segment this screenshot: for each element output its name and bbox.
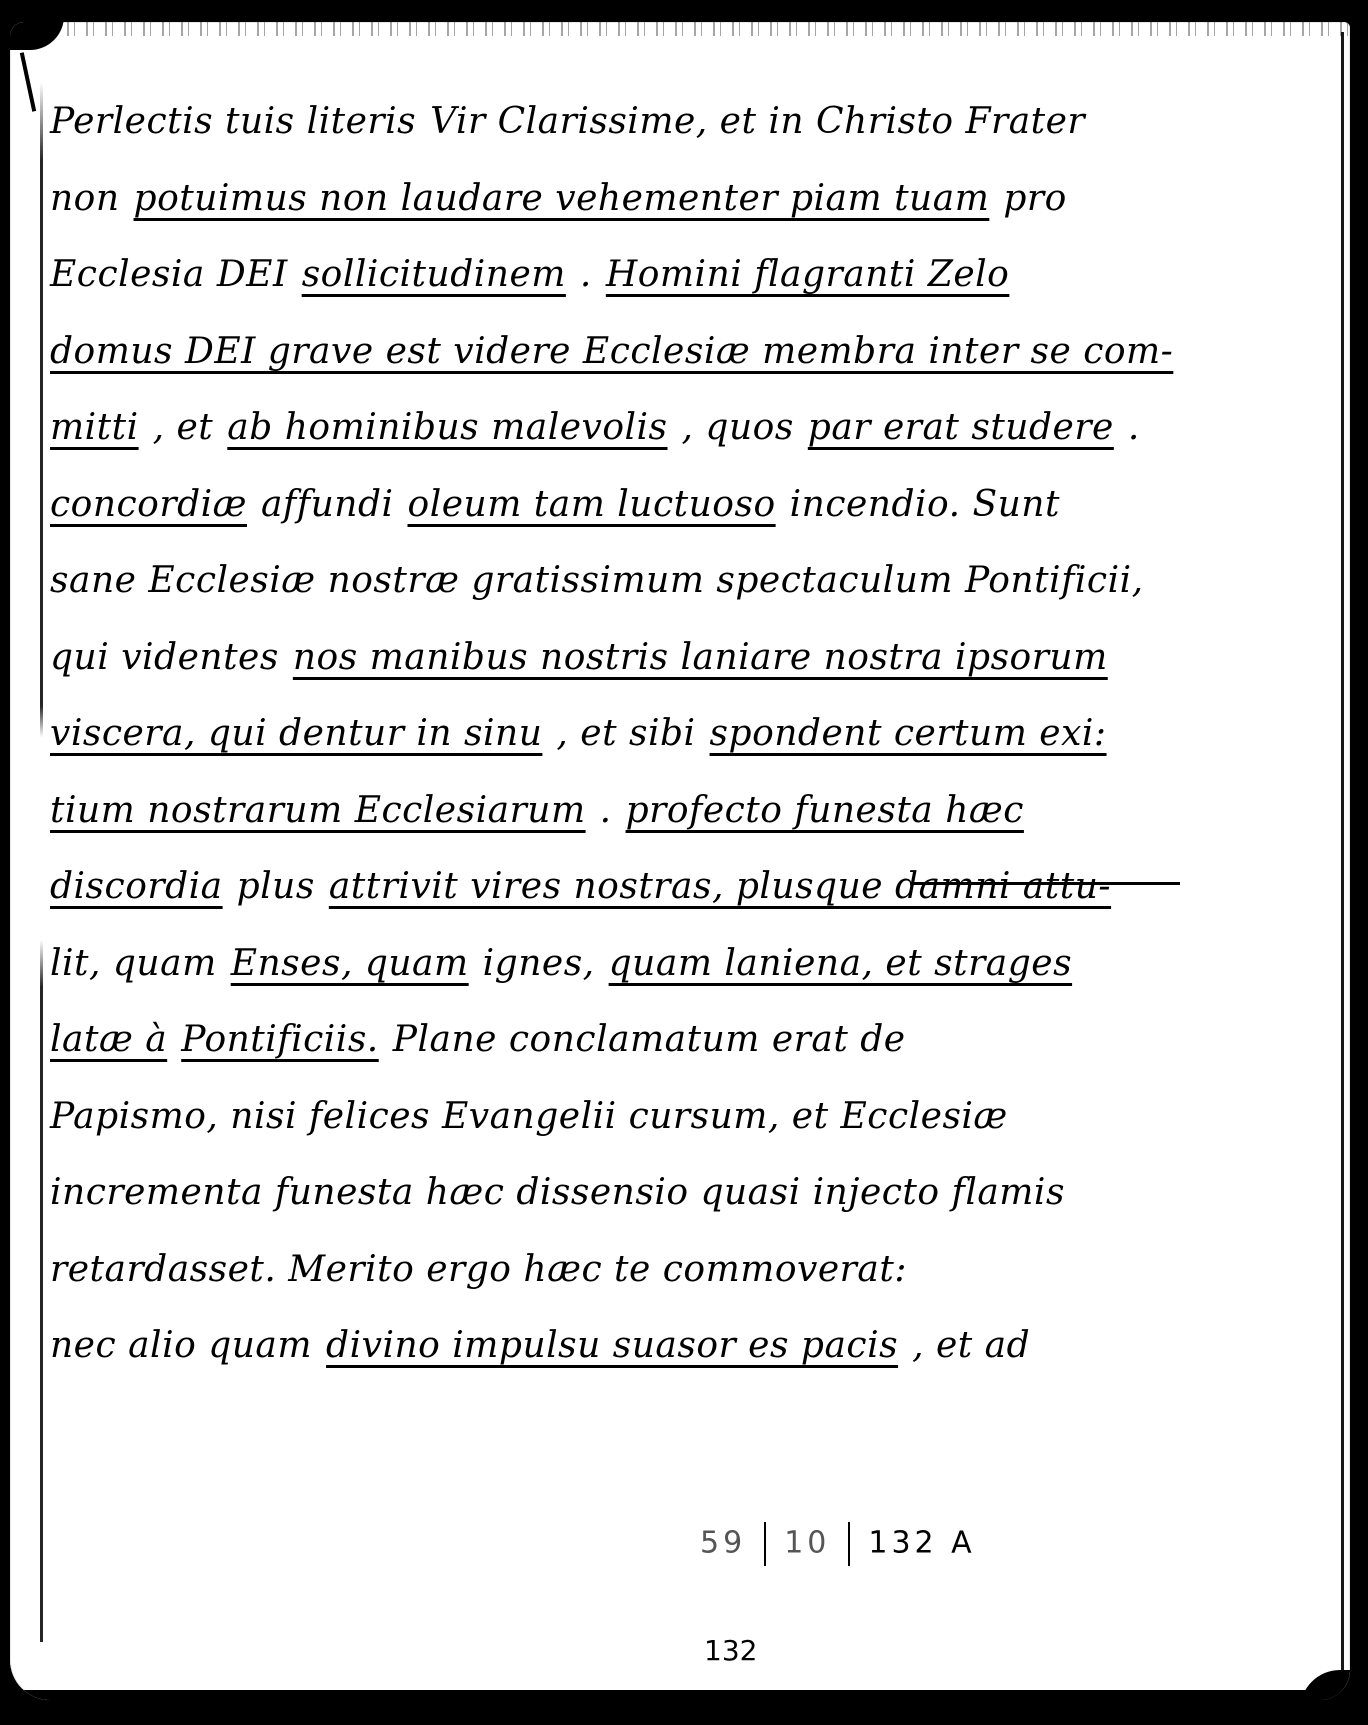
phrase: , quos xyxy=(682,407,794,448)
phrase: . xyxy=(580,254,592,295)
underlined-phrase: Homini flagranti Zelo xyxy=(606,254,1010,295)
underlined-phrase: spondent certum exi: xyxy=(710,713,1107,754)
underlined-phrase: divino impulsu suasor es pacis xyxy=(326,1325,898,1366)
extended-underline xyxy=(910,882,1180,885)
page-corner-top-left xyxy=(10,22,64,50)
page-corner-bottom-right xyxy=(1300,1670,1350,1700)
phrase: Vir Clarissime, et in Christo Frater xyxy=(430,101,1085,142)
manuscript-line: nec alio quamdivino impulsu suasor es pa… xyxy=(50,1308,1050,1385)
underlined-phrase: quam laniena, et strages xyxy=(609,943,1072,984)
phrase: retardasset. Merito ergo hæc te commover… xyxy=(50,1249,907,1290)
phrase: plus xyxy=(237,866,315,907)
manuscript-line: incrementa funesta hæc dissensio quasi i… xyxy=(50,1155,1050,1232)
manuscript-line: lit, quamEnses, quamignes,quam laniena, … xyxy=(50,926,1050,1003)
manuscript-line: mitti, etab hominibus malevolis, quospar… xyxy=(50,390,1050,467)
phrase: incendio. Sunt xyxy=(790,484,1060,525)
manuscript-line: Ecclesia DEIsollicitudinem.Homini flagra… xyxy=(50,237,1050,314)
phrase: ignes, xyxy=(483,943,595,984)
underlined-phrase: concordiæ xyxy=(50,484,247,525)
manuscript-line: sane Ecclesiæ nostræ gratissimum spectac… xyxy=(50,543,1050,620)
phrase: pro xyxy=(1003,178,1066,219)
underlined-phrase: potuimus non laudare vehementer piam tua… xyxy=(134,178,990,219)
underlined-phrase: latæ à xyxy=(50,1019,167,1060)
page-edge-bottom xyxy=(10,1690,1350,1700)
shelfmark-divider xyxy=(764,1522,766,1566)
manuscript-line: nonpotuimus non laudare vehementer piam … xyxy=(50,161,1050,238)
phrase: . xyxy=(1128,407,1140,448)
phrase: , et xyxy=(153,407,214,448)
page-edge-right xyxy=(1341,32,1344,1682)
underlined-phrase: discordia xyxy=(50,866,223,907)
manuscript-page: Perlectis tuis literisVir Clarissime, et… xyxy=(10,22,1350,1700)
page-binding-edge xyxy=(40,82,43,1642)
underlined-phrase: domus DEI grave est videre Ecclesiæ memb… xyxy=(50,331,1173,372)
manuscript-line: concordiæaffundioleum tam luctuosoincend… xyxy=(50,467,1050,544)
underlined-phrase: ab hominibus malevolis xyxy=(227,407,667,448)
manuscript-line: qui videntesnos manibus nostris laniare … xyxy=(50,620,1050,697)
phrase: incrementa funesta hæc dissensio quasi i… xyxy=(50,1172,1065,1213)
shelfmark-number: 10 xyxy=(784,1526,830,1561)
folio-number: 132 xyxy=(704,1634,757,1667)
underlined-phrase: Pontificiis. xyxy=(181,1019,379,1060)
letter-body: Perlectis tuis literisVir Clarissime, et… xyxy=(50,84,1050,1385)
underlined-phrase: sollicitudinem xyxy=(302,254,566,295)
manuscript-line: retardasset. Merito ergo hæc te commover… xyxy=(50,1232,1050,1309)
manuscript-line: tium nostrarum Ecclesiarum.profecto fune… xyxy=(50,773,1050,850)
shelfmark-folio: 132 A xyxy=(868,1526,975,1561)
manuscript-line: viscera, qui dentur in sinu, et sibispon… xyxy=(50,696,1050,773)
phrase: Plane conclamatum erat de xyxy=(393,1019,906,1060)
manuscript-line: Perlectis tuis literisVir Clarissime, et… xyxy=(50,84,1050,161)
phrase: Ecclesia DEI xyxy=(50,254,288,295)
phrase: . xyxy=(600,790,612,831)
underlined-phrase: oleum tam luctuoso xyxy=(408,484,776,525)
manuscript-line: Papismo, nisi felices Evangelii cursum, … xyxy=(50,1079,1050,1156)
underlined-phrase: profecto funesta hæc xyxy=(626,790,1024,831)
page-edge-top xyxy=(10,22,1350,36)
manuscript-line: latæ àPontificiis.Plane conclamatum erat… xyxy=(50,1002,1050,1079)
archive-shelfmark: 5910132 A xyxy=(700,1522,976,1566)
manuscript-line: discordiaplusattrivit vires nostras, plu… xyxy=(50,849,1050,926)
phrase: Perlectis tuis literis xyxy=(50,101,416,142)
phrase: , et ad xyxy=(912,1325,1030,1366)
phrase: qui videntes xyxy=(50,637,279,678)
phrase: , et sibi xyxy=(556,713,695,754)
phrase: affundi xyxy=(261,484,394,525)
underlined-phrase: tium nostrarum Ecclesiarum xyxy=(50,790,586,831)
underlined-phrase: viscera, qui dentur in sinu xyxy=(50,713,542,754)
shelfmark-volume: 59 xyxy=(700,1526,746,1561)
shelfmark-divider xyxy=(848,1522,850,1566)
margin-stroke xyxy=(20,52,36,112)
underlined-phrase: mitti xyxy=(50,407,139,448)
underlined-phrase: Enses, quam xyxy=(231,943,469,984)
phrase: nec alio quam xyxy=(50,1325,312,1366)
manuscript-line: domus DEI grave est videre Ecclesiæ memb… xyxy=(50,314,1050,391)
phrase: non xyxy=(50,178,120,219)
underlined-phrase: attrivit vires nostras, plusque damni at… xyxy=(329,866,1111,907)
underlined-phrase: par erat studere xyxy=(808,407,1114,448)
phrase: lit, quam xyxy=(50,943,217,984)
underlined-phrase: nos manibus nostris laniare nostra ipsor… xyxy=(293,637,1108,678)
phrase: sane Ecclesiæ nostræ gratissimum spectac… xyxy=(50,560,1144,601)
phrase: Papismo, nisi felices Evangelii cursum, … xyxy=(50,1096,1008,1137)
